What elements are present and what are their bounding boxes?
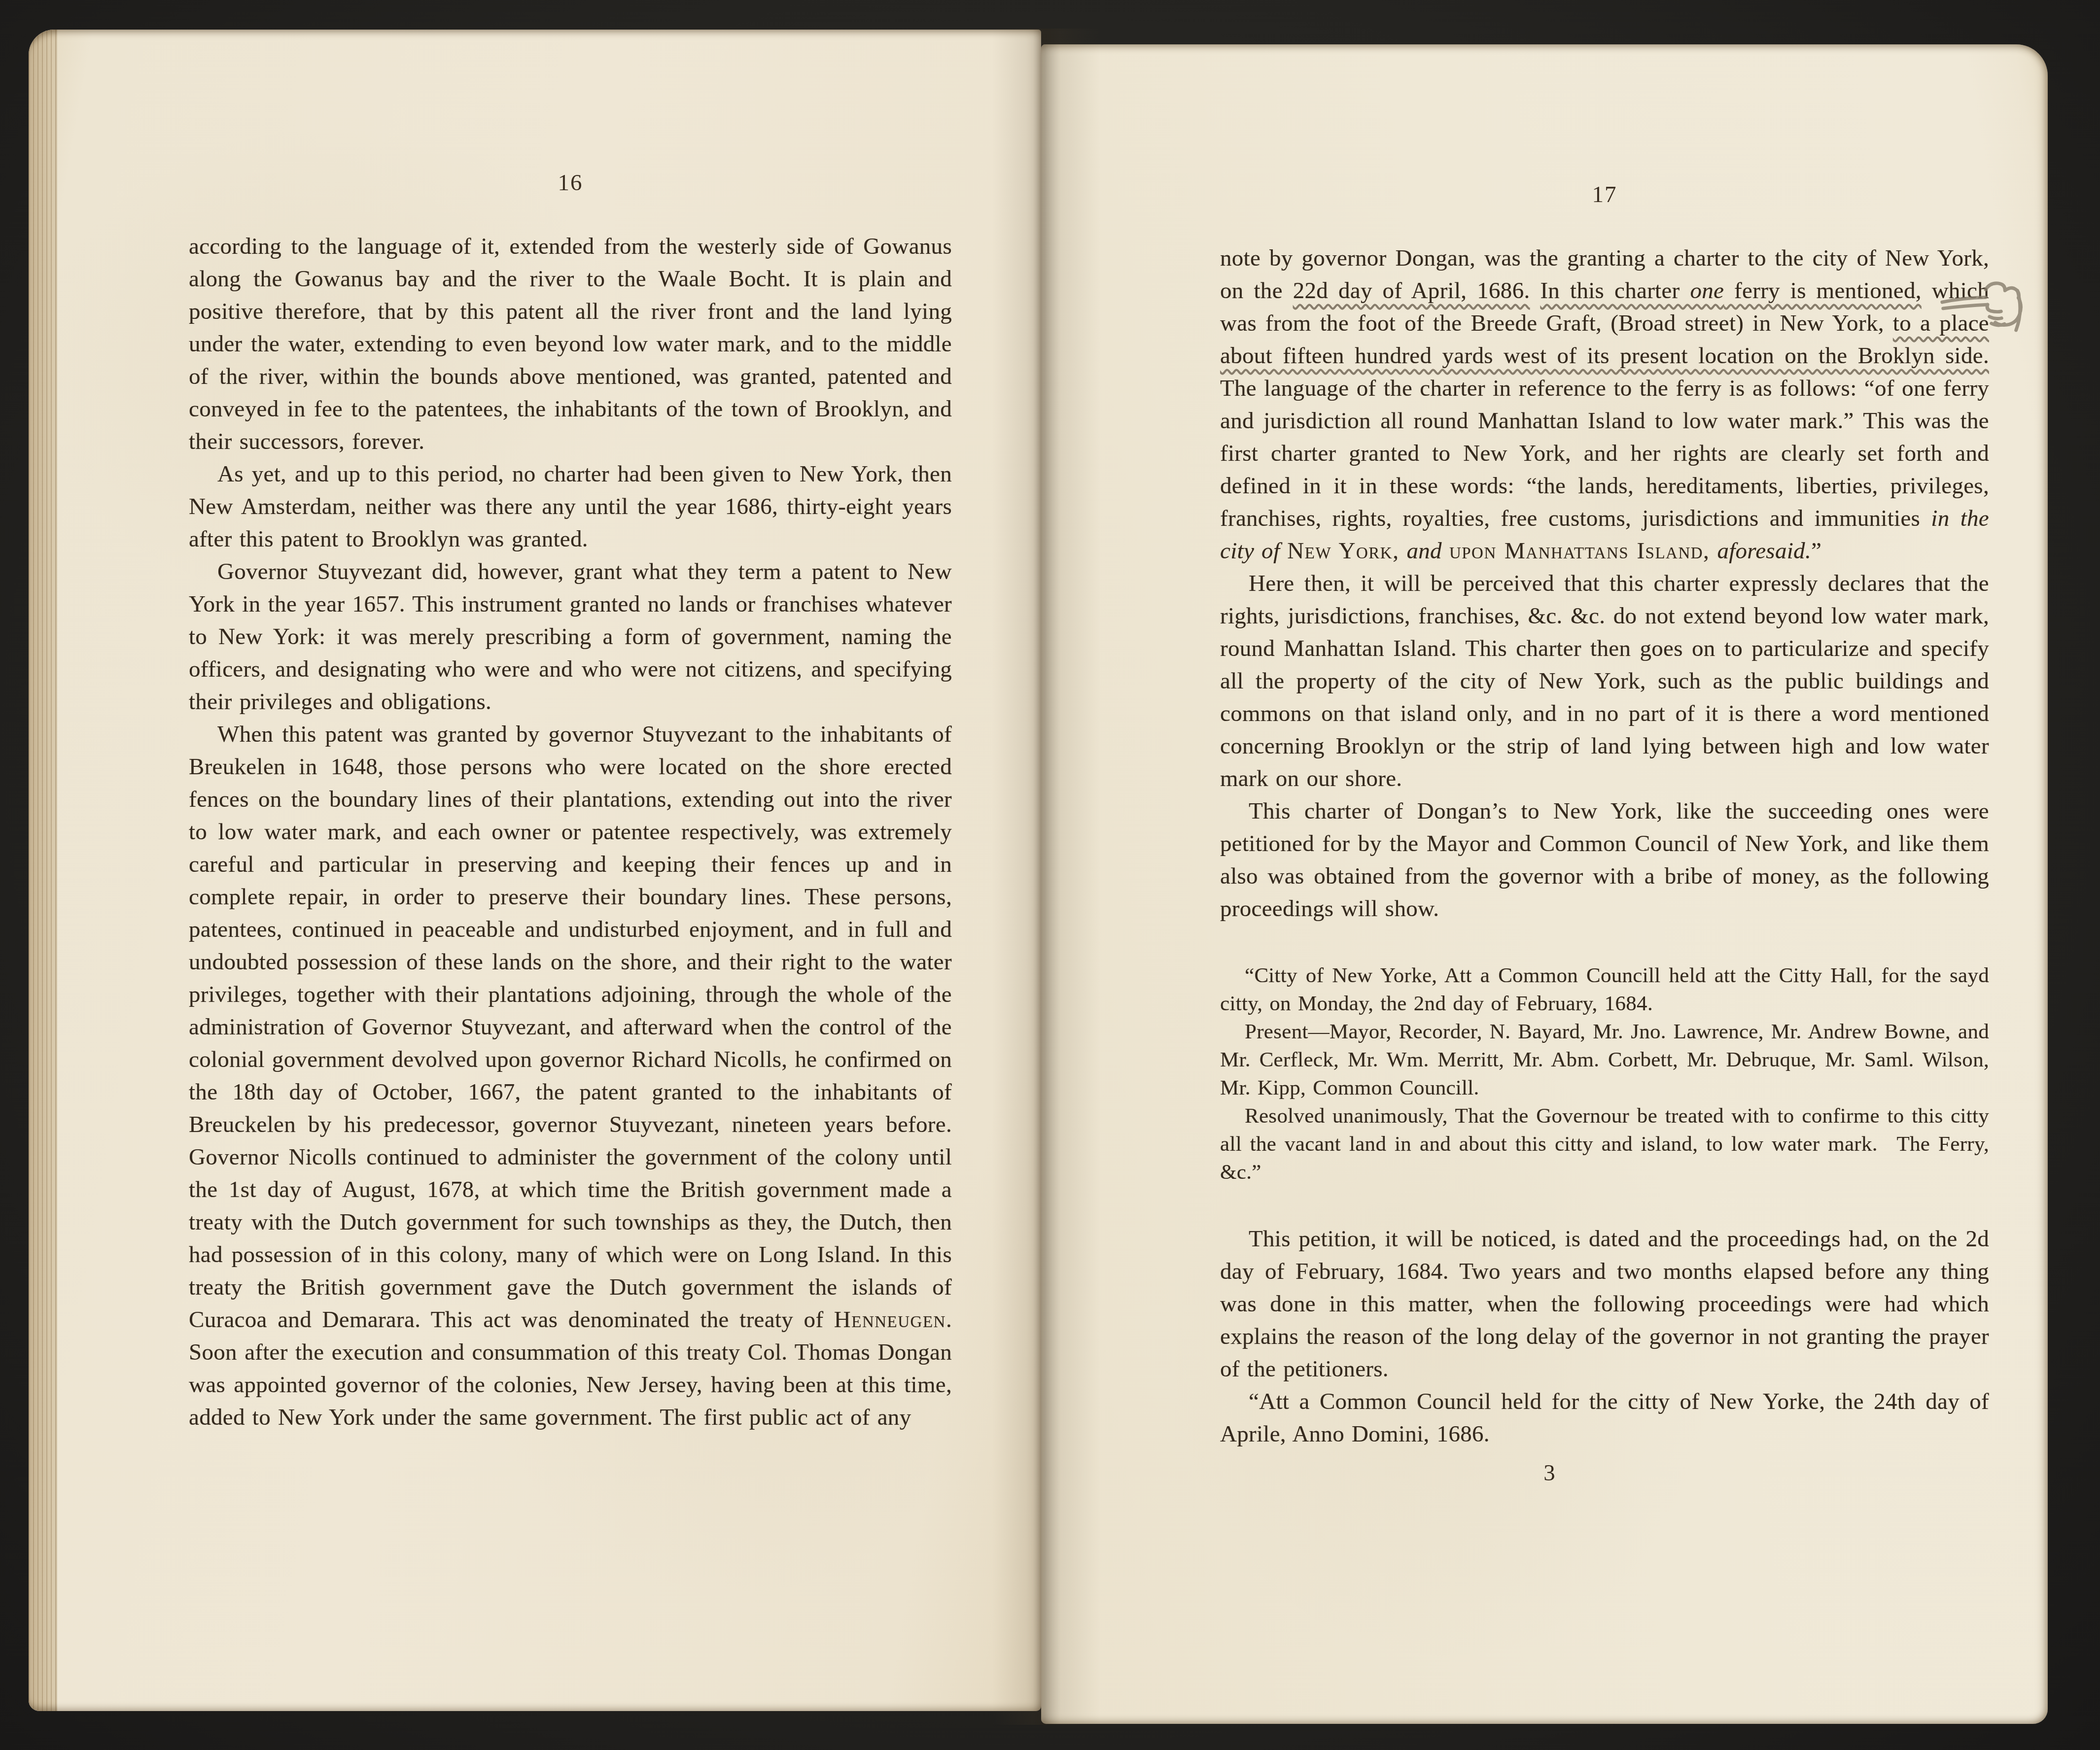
text-run (1710, 538, 1717, 564)
text-run: one (1690, 278, 1724, 304)
text-run: The language of the charter in reference… (1220, 376, 1989, 531)
page-number-right: 17 (1220, 183, 1989, 206)
text-run: In this charter (1540, 278, 1690, 304)
text-run: “Citty of New Yorke, Att a Common Counci… (1220, 964, 1989, 1015)
paragraph: Governor Stuyvezant did, however, grant … (189, 555, 952, 718)
quoted-proceedings-1684: “Citty of New Yorke, Att a Common Counci… (1220, 961, 1989, 1186)
text-run: upon Manhattans Island, (1449, 538, 1710, 564)
quote-paragraph: “Citty of New Yorke, Att a Common Counci… (1220, 961, 1989, 1018)
manicule-icon (1936, 270, 2033, 342)
left-page-text-block: 16 according to the language of it, exte… (189, 172, 952, 1434)
text-run: Governor Stuyvezant did, however, grant … (189, 559, 952, 715)
text-run: and (1399, 538, 1449, 564)
page-edge-stack (29, 30, 57, 1711)
paragraph: according to the language of it, extende… (189, 230, 952, 458)
text-run (1530, 278, 1540, 304)
paragraph: As yet, and up to this period, no charte… (189, 458, 952, 555)
text-run: aforesaid. (1717, 538, 1811, 564)
text-run: Resolved unanimously, That the Governour… (1220, 1104, 1989, 1184)
paragraph: Here then, it will be perceived that thi… (1220, 567, 1989, 795)
text-run: “Att a Common Council held for the citty… (1220, 1389, 1989, 1447)
right-page-text-block: 17 note by governor Dongan, was the gran… (1220, 183, 1989, 1488)
text-run: Henneugen (834, 1307, 946, 1333)
page-number-left: 16 (189, 172, 952, 195)
text-run: ” (1811, 538, 1821, 564)
paragraph: This charter of Dongan’s to New York, li… (1220, 795, 1989, 925)
text-run: New York, (1287, 538, 1399, 564)
text-run: Here then, it will be perceived that thi… (1220, 571, 1989, 791)
paragraph: “Att a Common Council held for the citty… (1220, 1385, 1989, 1450)
quote-paragraph: Present—Mayor, Recorder, N. Bayard, Mr. … (1220, 1018, 1989, 1102)
text-run: This charter of Dongan’s to New York, li… (1220, 798, 1989, 922)
paragraph: note by governor Dongan, was the grantin… (1220, 242, 1989, 567)
signature-mark: 3 (1165, 1458, 1934, 1488)
paragraph: This petition, it will be noticed, is da… (1220, 1223, 1989, 1385)
text-run: Present—Mayor, Recorder, N. Bayard, Mr. … (1220, 1020, 1989, 1099)
text-run: 22d day of April, 1686. (1293, 278, 1530, 304)
text-run: This petition, it will be noticed, is da… (1220, 1226, 1989, 1382)
text-run: ferry is mentioned, (1724, 278, 1922, 304)
book-scan: 16 according to the language of it, exte… (0, 0, 2100, 1750)
text-run: As yet, and up to this period, no charte… (189, 461, 952, 552)
paragraph: When this patent was granted by governor… (189, 718, 952, 1434)
text-run: When this patent was granted by governor… (189, 721, 952, 1333)
quote-paragraph: Resolved unanimously, That the Governour… (1220, 1102, 1989, 1186)
right-page: 17 note by governor Dongan, was the gran… (1041, 44, 2048, 1724)
left-page: 16 according to the language of it, exte… (29, 30, 1041, 1711)
text-run: according to the language of it, extende… (189, 234, 952, 454)
